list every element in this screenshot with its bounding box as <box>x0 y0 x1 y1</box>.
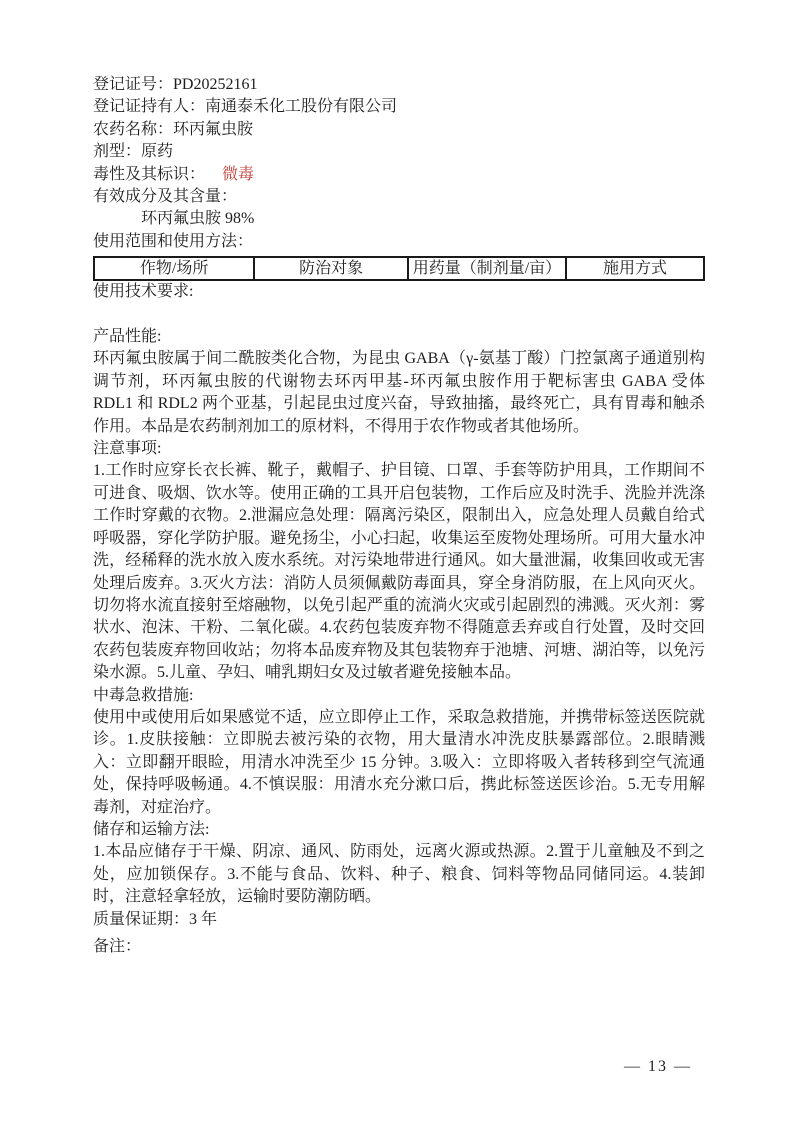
certificate-holder-field: 登记证持有人：南通泰禾化工股份有限公司 <box>93 96 705 118</box>
usage-table: 作物/场所 防治对象 用药量（制剂量/亩） 施用方式 <box>93 256 705 281</box>
usage-table-header-dose: 用药量（制剂量/亩） <box>408 257 566 280</box>
usage-section-heading: 使用范围和使用方法： <box>93 231 705 253</box>
remarks-label: 备注： <box>93 936 705 958</box>
toxicity-value: 微毒 <box>222 166 254 183</box>
first-aid-section: 中毒急救措施: 使用中或使用后如果感觉不适，应立即停止工作，采取急救措施，并携带… <box>93 685 705 819</box>
registration-number-field: 登记证号：PD20252161 <box>93 74 705 96</box>
registration-number-label: 登记证号： <box>93 76 173 93</box>
active-ingredient-value: 环丙氟虫胺 98% <box>93 208 705 230</box>
product-performance-heading: 产品性能: <box>93 326 705 348</box>
product-performance-body: 环丙氟虫胺属于间二酰胺类化合物，为昆虫 GABA（γ-氨基丁酸）门控氯离子通道别… <box>93 348 705 438</box>
document-content: 登记证号：PD20252161 登记证持有人：南通泰禾化工股份有限公司 农药名称… <box>93 74 705 958</box>
pesticide-name-label: 农药名称： <box>93 121 173 138</box>
precautions-heading: 注意事项: <box>93 438 705 460</box>
formulation-value: 原药 <box>141 143 173 160</box>
warranty-value: 3 年 <box>189 911 217 928</box>
usage-table-header-method: 施用方式 <box>566 257 704 280</box>
toxicity-label: 毒性及其标识： <box>93 166 205 183</box>
active-ingredient-heading: 有效成分及其含量： <box>93 186 705 208</box>
first-aid-body: 使用中或使用后如果感觉不适，应立即停止工作，采取急救措施，并携带标签送医院就诊。… <box>93 707 705 819</box>
pesticide-name-field: 农药名称：环丙氟虫胺 <box>93 119 705 141</box>
product-performance-section: 产品性能: 环丙氟虫胺属于间二酰胺类化合物，为昆虫 GABA（γ-氨基丁酸）门控… <box>93 326 705 438</box>
certificate-holder-label: 登记证持有人： <box>93 98 205 115</box>
precautions-section: 注意事项: 1.工作时应穿长衣长裤、靴子，戴帽子、护目镜、口罩、手套等防护用具，… <box>93 438 705 684</box>
document-page: 登记证号：PD20252161 登记证持有人：南通泰禾化工股份有限公司 农药名称… <box>0 0 794 1123</box>
storage-transport-heading: 储存和运输方法: <box>93 819 705 841</box>
warranty-label: 质量保证期： <box>93 911 189 928</box>
warranty-field: 质量保证期：3 年 <box>93 909 705 931</box>
formulation-field: 剂型：原药 <box>93 141 705 163</box>
precautions-body: 1.工作时应穿长衣长裤、靴子，戴帽子、护目镜、口罩、手套等防护用具，工作期间不可… <box>93 460 705 684</box>
certificate-holder-value: 南通泰禾化工股份有限公司 <box>205 98 397 115</box>
toxicity-field: 毒性及其标识：微毒 <box>93 164 705 186</box>
usage-table-header-crop: 作物/场所 <box>94 257 254 280</box>
page-number: — 13 — <box>598 1056 718 1078</box>
usage-table-header-row: 作物/场所 防治对象 用药量（制剂量/亩） 施用方式 <box>94 257 704 280</box>
tech-requirements-label: 使用技术要求: <box>93 281 705 303</box>
first-aid-heading: 中毒急救措施: <box>93 685 705 707</box>
pesticide-name-value: 环丙氟虫胺 <box>173 121 253 138</box>
storage-transport-section: 储存和运输方法: 1.本品应储存于干燥、阴凉、通风、防雨处，远离火源或热源。2.… <box>93 819 705 909</box>
formulation-label: 剂型： <box>93 143 141 160</box>
registration-number-value: PD20252161 <box>173 76 257 93</box>
usage-table-header-pest: 防治对象 <box>254 257 408 280</box>
storage-transport-body: 1.本品应储存于干燥、阴凉、通风、防雨处，远离火源或热源。2.置于儿童触及不到之… <box>93 841 705 908</box>
